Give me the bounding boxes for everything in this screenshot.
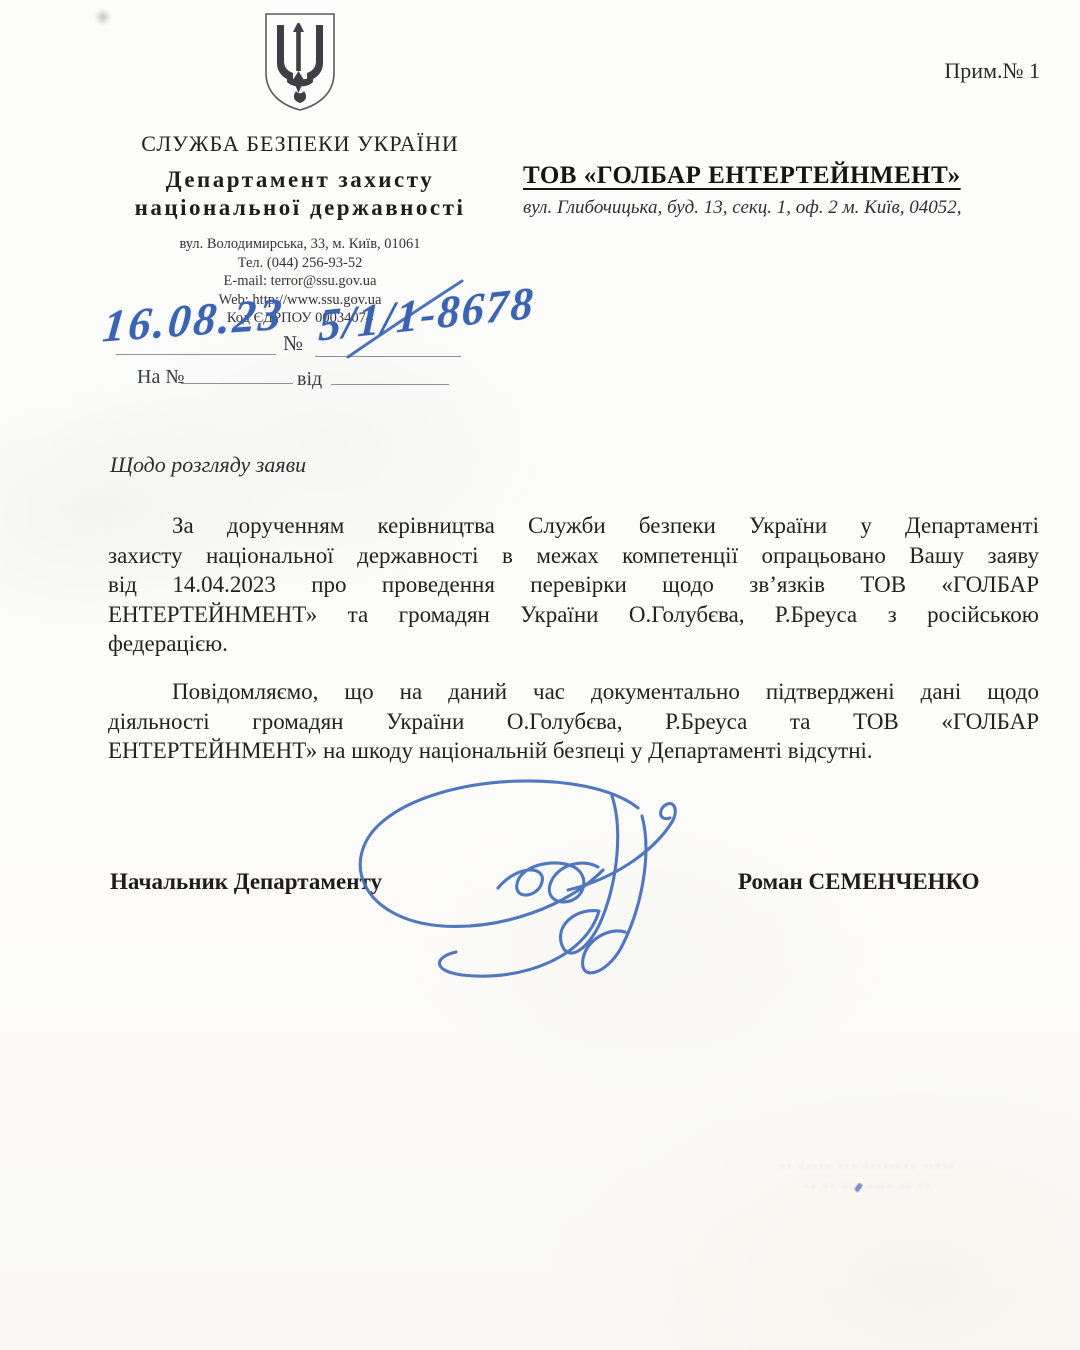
- paragraph-line: ЕНТЕРТЕЙНМЕНТ» та громадян України О.Гол…: [108, 600, 1039, 630]
- number-field-line: [315, 356, 461, 357]
- address-phone: Тел. (044) 256-93-52: [90, 254, 510, 273]
- ukraine-trident-emblem: [260, 11, 340, 113]
- trident-icon: [277, 23, 323, 103]
- paragraph-line: від 14.04.2023 про проведення перевірки …: [108, 570, 1039, 600]
- subject-line: Щодо розгляду заяви: [110, 452, 306, 478]
- body-paragraph-2: Повідомляємо, що на даний час документал…: [108, 677, 1039, 766]
- paragraph-line: Повідомляємо, що на даний час документал…: [108, 677, 1039, 707]
- body-paragraph-1: За дорученням керівництва Служби безпеки…: [108, 511, 1039, 659]
- address-street: вул. Володимирська, 33, м. Київ, 01061: [90, 235, 510, 254]
- paragraph-line: ЕНТЕРТЕЙНМЕНТ» на шкоду національній без…: [108, 736, 1039, 766]
- faint-artifact-line: ·· ····· ··· ········ ·····: [748, 1158, 988, 1178]
- paragraph-line: За дорученням керівництва Служби безпеки…: [108, 511, 1039, 541]
- faint-artifact-text: ·· ····· ··· ········ ····· ·· ·· ··· ··…: [748, 1158, 988, 1198]
- exhibit-label: Прим.№ 1: [895, 58, 1040, 84]
- department-name-line2: національної державності: [90, 195, 510, 221]
- reply-date-line: [331, 384, 449, 385]
- number-sign: №: [283, 331, 303, 356]
- recipient-address: вул. Глибочицька, буд. 13, секц. 1, оф. …: [523, 197, 1003, 219]
- signer-title: Начальник Департаменту: [110, 869, 382, 895]
- reply-from-label: від: [297, 368, 322, 391]
- recipient-name: ТОВ «ГОЛБАР ЕНТЕРТЕЙНМЕНТ»: [523, 162, 993, 190]
- signer-name: Роман СЕМЕНЧЕНКО: [738, 869, 980, 895]
- reply-to-label: На №: [137, 366, 184, 389]
- paragraph-line: федерацією.: [108, 629, 1039, 659]
- date-field-line: [116, 354, 276, 355]
- handwritten-signature: [320, 758, 740, 1013]
- faint-artifact-line: ·· ·· ··· ···· ·· ··: [748, 1178, 988, 1198]
- paragraph-line: діяльності громадян України О.Голубєва, …: [108, 707, 1039, 737]
- reply-number-line: [181, 383, 293, 384]
- org-name: СЛУЖБА БЕЗПЕКИ УКРАЇНИ: [90, 131, 510, 157]
- department-name-line1: Департамент захисту: [90, 167, 510, 193]
- paragraph-line: захисту національної державності в межах…: [108, 541, 1039, 571]
- scan-smudge: [95, 8, 111, 26]
